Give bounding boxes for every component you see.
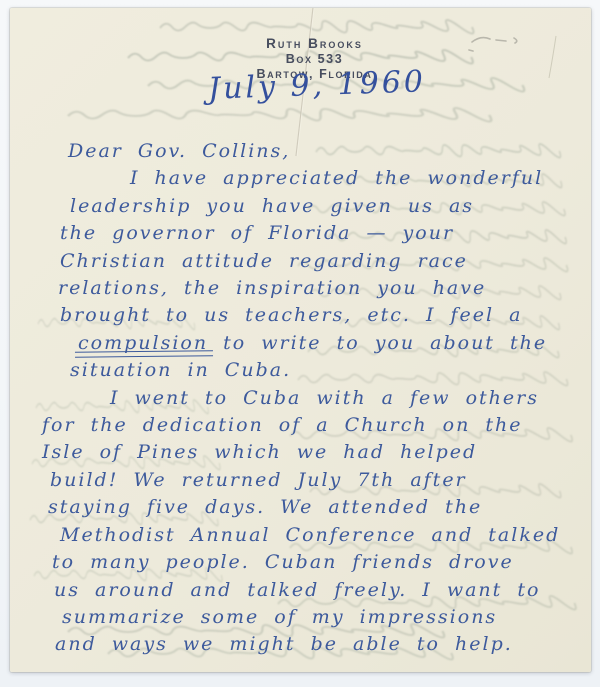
underlined-word: compulsion [78, 332, 208, 354]
body-line: us around and talked freely. I want to [54, 577, 585, 604]
body-line: leadership you have given us as [70, 193, 585, 220]
body-line: I went to Cuba with a few others [110, 385, 585, 412]
body-line: staying five days. We attended the [48, 494, 585, 521]
body-line: Methodist Annual Conference and talked [60, 522, 585, 549]
body-line: and ways we might be able to help. [55, 631, 585, 658]
letterhead-box: Box 533 [24, 52, 600, 66]
body-line: for the dedication of a Church on the [42, 412, 585, 439]
body-line-with-underline: compulsion to write to you about the [78, 330, 585, 357]
salutation: Dear Gov. Collins, [68, 138, 585, 165]
body-line: Christian attitude regarding race [60, 248, 585, 275]
body-line-rest: to write to you about the [223, 332, 547, 354]
scanned-letter-image: Ruth Brooks Box 533 Bartow, Florida July… [0, 0, 600, 687]
body-line: the governor of Florida — your [60, 220, 585, 247]
letter-body: Dear Gov. Collins, I have appreciated th… [10, 138, 585, 659]
body-line: to many people. Cuban friends drove [52, 549, 585, 576]
body-line: build! We returned July 7th after [50, 467, 585, 494]
letter-paper: Ruth Brooks Box 533 Bartow, Florida July… [10, 8, 591, 672]
body-line: situation in Cuba. [70, 357, 585, 384]
body-line: brought to us teachers, etc. I feel a [60, 302, 585, 329]
body-line: Isle of Pines which we had helped [42, 439, 585, 466]
body-line: I have appreciated the wonderful [130, 165, 585, 192]
body-line: relations, the inspiration you have [58, 275, 585, 302]
letter-date: July 9, 1960 [207, 64, 426, 107]
letterhead-name: Ruth Brooks [24, 36, 600, 51]
body-line: summarize some of my impressions [62, 604, 585, 631]
